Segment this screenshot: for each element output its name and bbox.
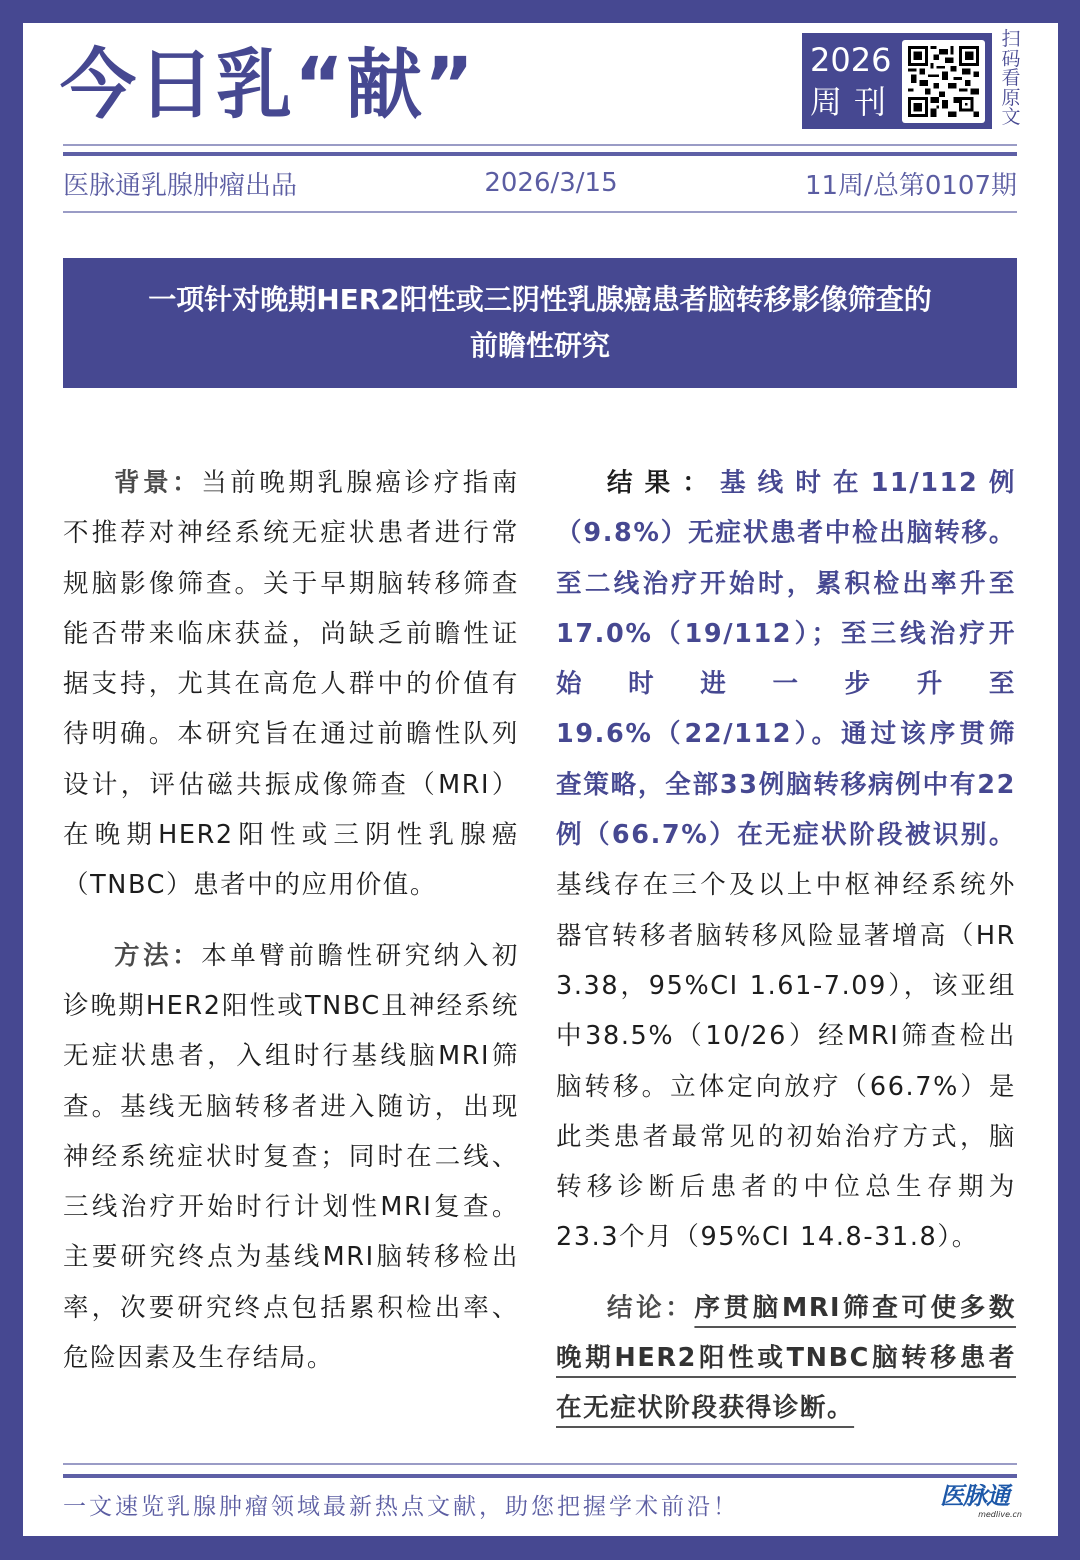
left-column: 背景：当前晚期乳腺癌诊疗指南不推荐对神经系统无症状患者进行常规脑影像筛查。关于早… <box>63 458 519 1403</box>
publisher: 医脉通乳腺肿瘤出品 <box>63 165 297 202</box>
medlive-logo-icon: 医脉通 <box>940 1482 1022 1510</box>
background-text: 当前晚期乳腺癌诊疗指南不推荐对神经系统无症状患者进行常规脑影像筛查。关于早期脑转… <box>63 468 519 900</box>
issue-meta-row: 医脉通乳腺肿瘤出品 2026/3/15 11周/总第0107期 <box>63 163 1017 203</box>
methods-section: 方法：本单臂前瞻性研究纳入初诊晚期HER2阳性或TNBC且神经系统无症状患者，入… <box>63 931 519 1384</box>
issue-year: 2026 <box>810 41 891 79</box>
results-label: 结果： <box>607 468 720 498</box>
masthead-title: 今日乳“献” <box>60 40 476 130</box>
results-text: 基线存在三个及以上中枢神经系统外器官转移者脑转移风险显著增高（HR 3.38，9… <box>556 870 1016 1252</box>
methods-text: 本单臂前瞻性研究纳入初诊晚期HER2阳性或TNBC且神经系统无症状患者，入组时行… <box>63 941 519 1373</box>
article-title-line-1: 一项针对晚期HER2阳性或三阴性乳腺癌患者脑转移影像筛查的 <box>63 277 1017 323</box>
conclusion-label: 结论： <box>607 1293 694 1323</box>
divider <box>63 211 1017 213</box>
right-column: 结果：基线时在11/112例（9.8%）无症状患者中检出脑转移。至二线治疗开始时… <box>556 458 1016 1454</box>
issue-number: 11周/总第0107期 <box>805 165 1017 202</box>
conclusion-section: 结论：序贯脑MRI筛查可使多数晚期HER2阳性或TNBC脑转移患者在无症状阶段获… <box>556 1283 1016 1434</box>
issue-type: 周刊 <box>810 83 898 121</box>
scan-for-original-label: 扫码看原文 <box>1000 30 1022 128</box>
medlive-logo-url: medlive.cn <box>940 1510 1022 1520</box>
divider <box>63 152 1017 156</box>
divider <box>63 144 1017 146</box>
qr-code-icon[interactable] <box>902 40 985 123</box>
issue-badge: 2026 周刊 <box>802 33 992 129</box>
medlive-logo: 医脉通 medlive.cn <box>940 1482 1022 1524</box>
footer-tagline: 一文速览乳腺肿瘤领域最新热点文献，助您把握学术前沿！ <box>63 1487 739 1527</box>
results-highlight: 基线时在11/112例（9.8%）无症状患者中检出脑转移。至二线治疗开始时，累积… <box>556 468 1016 850</box>
background-section: 背景：当前晚期乳腺癌诊疗指南不推荐对神经系统无症状患者进行常规脑影像筛查。关于早… <box>63 458 519 911</box>
divider <box>63 1474 1017 1478</box>
methods-label: 方法： <box>114 941 201 971</box>
background-label: 背景： <box>114 468 201 498</box>
issue-date: 2026/3/15 <box>484 168 617 198</box>
divider <box>63 1463 1017 1465</box>
article-title-line-2: 前瞻性研究 <box>63 323 1017 369</box>
article-title: 一项针对晚期HER2阳性或三阴性乳腺癌患者脑转移影像筛查的 前瞻性研究 <box>63 258 1017 388</box>
results-section: 结果：基线时在11/112例（9.8%）无症状患者中检出脑转移。至二线治疗开始时… <box>556 458 1016 1263</box>
